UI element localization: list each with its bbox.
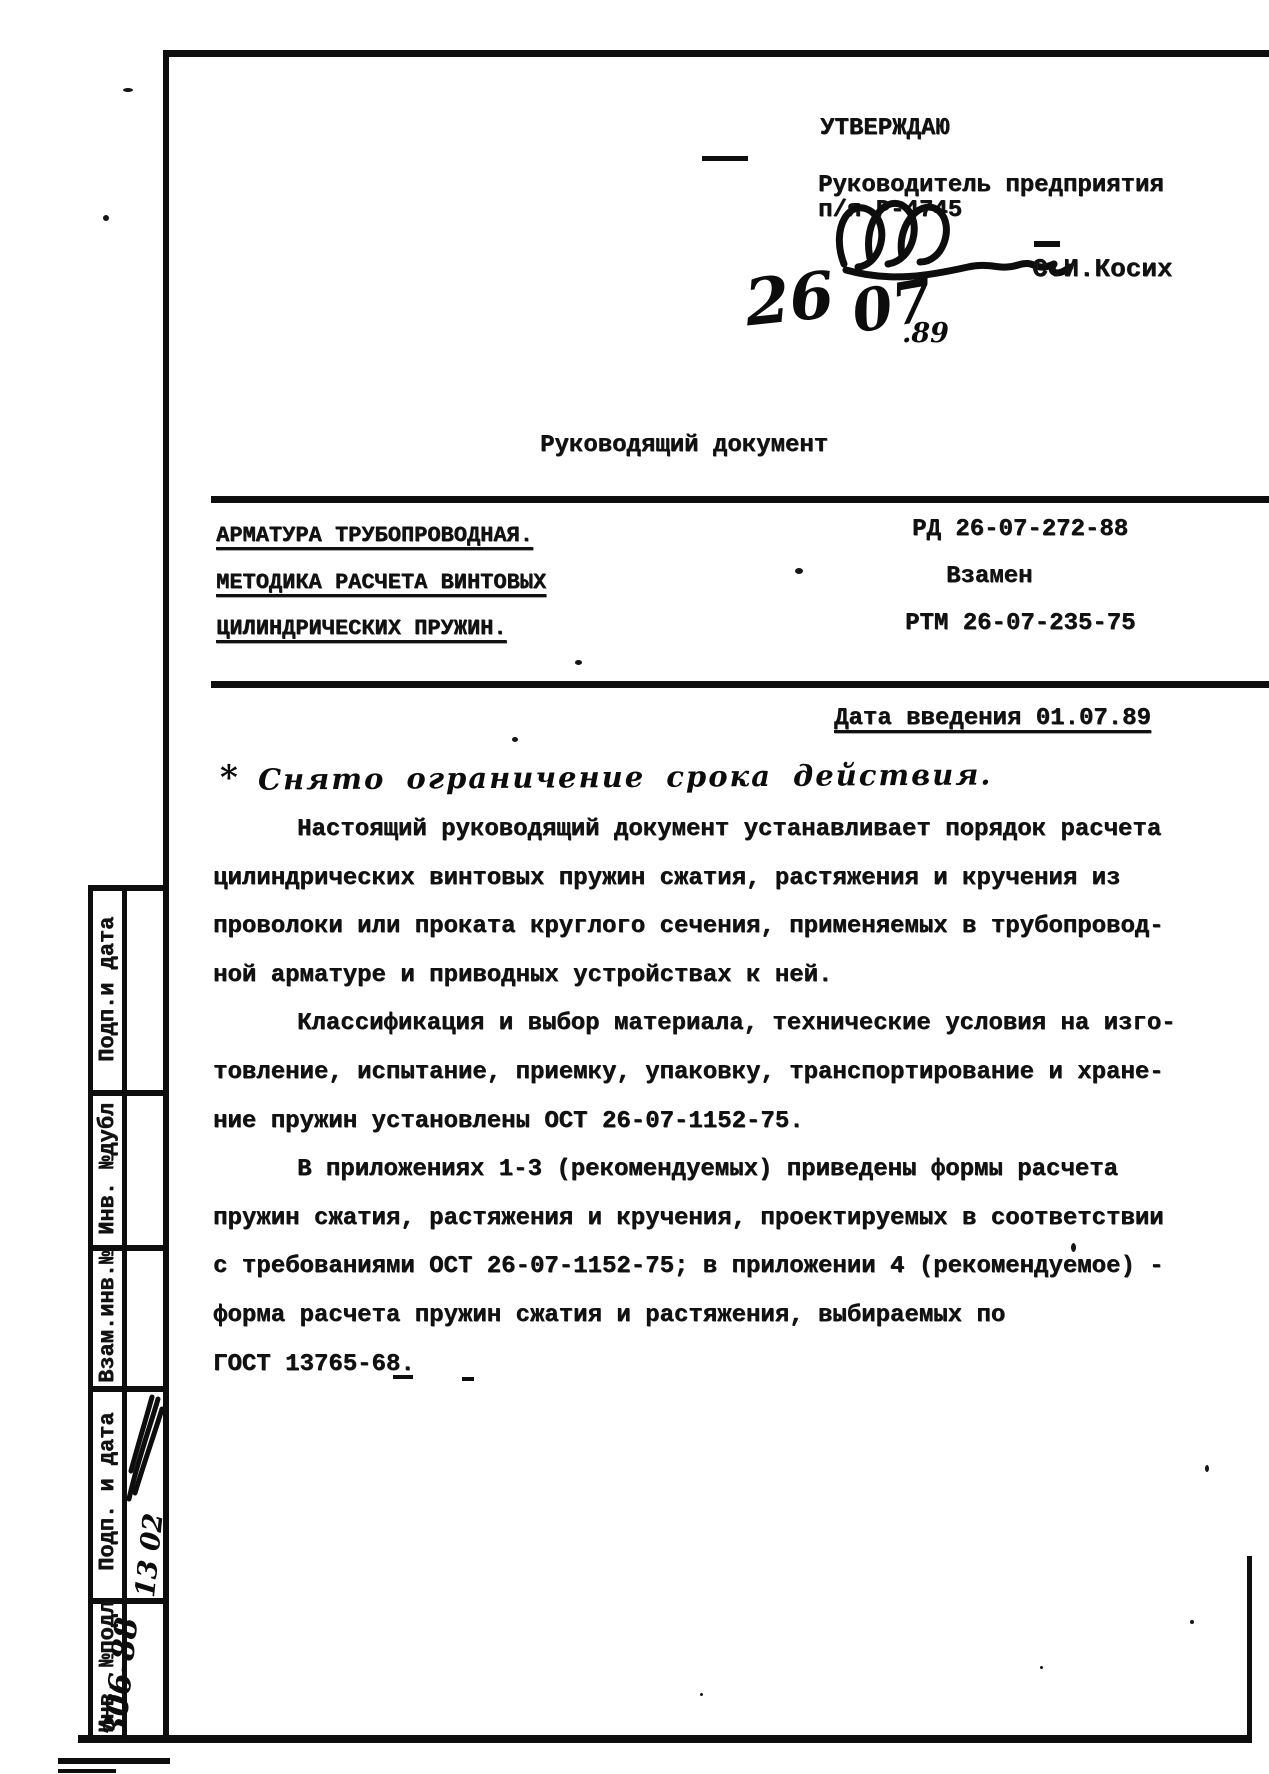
- scan-speck: [1071, 1243, 1076, 1252]
- scan-dash-artifact: [702, 156, 748, 161]
- body-line: с требованиями ОСТ 26-07-1152-75; в прил…: [213, 1243, 1173, 1292]
- body-line: товление, испытание, приемку, упаковку, …: [213, 1049, 1173, 1098]
- body-line: ГОСТ 13765-68.: [213, 1341, 1173, 1390]
- replaces-label: Взамен: [946, 563, 1032, 590]
- approval-signer-name: С.И.Косих: [1032, 254, 1172, 284]
- body-line: Настоящий руководящий документ устанавли…: [213, 806, 1173, 855]
- scan-speck: [575, 660, 582, 665]
- approval-date-day: 26: [741, 258, 837, 342]
- stamp-cell-border: [88, 1090, 169, 1096]
- note-asterisk: *: [220, 758, 238, 798]
- approval-date-year: .89: [902, 318, 949, 349]
- subject-line: АРМАТУРА ТРУБОПРОВОДНАЯ.: [216, 523, 533, 548]
- body-line: В приложениях 1-3 (рекомендуемых) привед…: [213, 1146, 1173, 1195]
- title-block-bottom-rule: [211, 681, 1269, 688]
- scan-speck: [1040, 1666, 1043, 1669]
- body-line: цилиндрических винтовых пружин сжатия, р…: [213, 855, 1173, 904]
- frame-bottom-line: [78, 1735, 1252, 1743]
- scan-speck: [700, 1693, 703, 1696]
- scan-speck: [512, 737, 518, 742]
- body-line: проволоки или проката круглого сечения, …: [213, 903, 1173, 952]
- stamp-label-podp-i-data-2: Подп. и дата: [97, 1413, 119, 1571]
- body-text: Настоящий руководящий документ устанавли…: [213, 806, 1173, 1389]
- effective-date: Дата введения 01.07.89: [834, 705, 1151, 732]
- stamp-cell-border: [88, 1386, 169, 1392]
- bottom-left-mark-line: [58, 1769, 116, 1773]
- stamp-divider-line: [122, 885, 127, 1737]
- subject-line: ЦИЛИНДРИЧЕСКИХ ПРУЖИН.: [216, 616, 506, 641]
- body-line: Классификация и выбор материала, техниче…: [213, 1000, 1173, 1049]
- stamp-label-inv-dubl: Инв. №дубл: [97, 1103, 119, 1235]
- margin-signature-flourish: [122, 1393, 164, 1505]
- handwritten-note: Снято ограничение срока действия.: [258, 757, 993, 796]
- scan-speck: [123, 88, 133, 92]
- body-line: ной арматуре и приводных устройствах к н…: [213, 952, 1173, 1001]
- title-subject-lines: АРМАТУРА ТРУБОПРОВОДНАЯ. МЕТОДИКА РАСЧЕТ…: [216, 513, 546, 653]
- subject-line: МЕТОДИКА РАСЧЕТА ВИНТОВЫХ: [216, 570, 546, 595]
- scan-speck: [1190, 1620, 1194, 1624]
- stamp-label-podp-i-data-1: Подп.и дата: [97, 917, 119, 1062]
- scan-speck: [795, 568, 803, 574]
- title-block-top-rule: [211, 496, 1269, 503]
- frame-right-line: [1247, 1556, 1252, 1738]
- approval-block-label: УТВЕРЖДАЮ: [820, 115, 950, 142]
- scan-speck: [103, 215, 109, 221]
- doc-number: РД 26-07-272-88: [912, 516, 1128, 543]
- stamp-label-vzam-inv: Взам.инв.№: [97, 1251, 119, 1383]
- body-line: пружин сжатия, растяжения и кручения, пр…: [213, 1195, 1173, 1244]
- scan-dash-artifact: [393, 1375, 413, 1379]
- bottom-left-mark-line: [58, 1758, 170, 1764]
- scan-dash-artifact: [1034, 241, 1060, 247]
- replaced-doc-number: РТМ 26-07-235-75: [905, 610, 1135, 637]
- scan-dash-artifact: [462, 1377, 474, 1381]
- document-page: УТВЕРЖДАЮ Руководитель предприятия п/я Р…: [0, 0, 1269, 1774]
- doc-type-heading: Руководящий документ: [540, 432, 828, 459]
- stamp-outer-line: [88, 885, 93, 1740]
- scan-speck: [1205, 1465, 1209, 1472]
- body-line: форма расчета пружин сжатия и растяжения…: [213, 1292, 1173, 1341]
- body-line: ние пружин установлены ОСТ 26-07-1152-75…: [213, 1098, 1173, 1147]
- frame-top-line: [163, 50, 1269, 57]
- stamp-cell-border: [88, 885, 169, 891]
